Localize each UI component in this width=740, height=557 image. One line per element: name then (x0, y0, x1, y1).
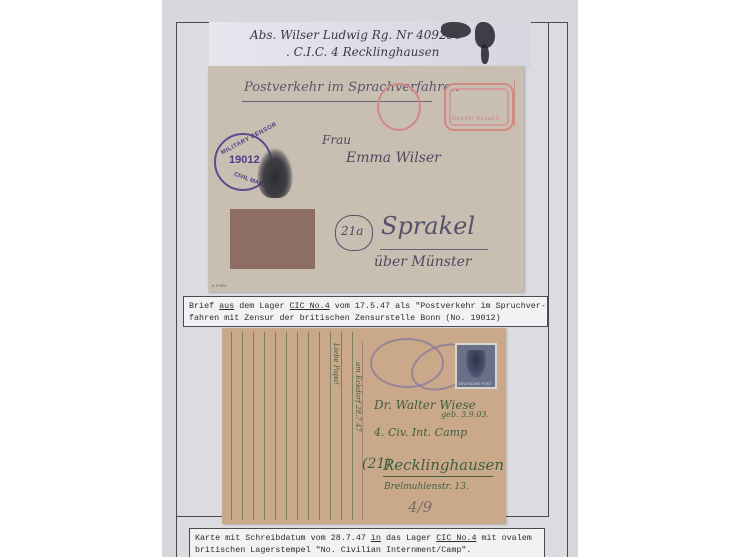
envelope-imprint: II 17020 (212, 283, 226, 288)
postcard-recipient-birth: geb. 3.9.03. (441, 410, 489, 419)
caption-emphasis: in (371, 533, 381, 543)
caption-text: vom 17.5.47 als "Postverkehr im Spruchve… (330, 301, 546, 311)
recipient-name: Emma Wilser (346, 150, 441, 166)
caption-text: das Lager (381, 533, 436, 543)
caption-emphasis: aus (219, 301, 234, 311)
caption-text: mit ovalem (476, 533, 531, 543)
caption-camp-name: CIC No.4 (436, 533, 476, 543)
label-remnant (230, 209, 315, 269)
postcard-recipient-camp: 4. Civ. Int. Camp (374, 426, 467, 439)
caption-text: britischen Lagerstempel "No. Civilian In… (195, 545, 471, 555)
postcard-divider (362, 342, 363, 520)
stamp-portrait (466, 350, 486, 378)
postcard-town-underline (383, 476, 493, 477)
sender-line-1: Abs. Wilser Ludwig Rg. Nr 409296 (250, 28, 462, 42)
censor-stamp-number: 19012 (229, 154, 260, 166)
caption-text: Karte mit Schreibdatum vom 28.7.47 (195, 533, 371, 543)
town-underline (380, 249, 488, 250)
caption-letter: Brief aus dem Lager CIC No.4 vom 17.5.47… (183, 296, 548, 327)
postcard-greeting: Liebe Papa! (332, 343, 340, 385)
postcard-recipient-town: Recklinghausen (383, 456, 504, 474)
stamp-label: DEUTSCHE POST (458, 381, 492, 386)
coat-of-arms-stamp (257, 148, 293, 198)
caption-camp-name: CIC No.4 (290, 301, 330, 311)
pencil-note: 4/9 (408, 498, 432, 516)
ink-smudge (481, 44, 489, 64)
postcard-date-line: am Eckdorf 28.7.47 (354, 362, 362, 432)
meter-line (514, 80, 515, 126)
service-note: Postverkehr im Sprachverfahren (244, 80, 459, 95)
sender-line-2: . C.I.C. 4 Recklinghausen (286, 45, 439, 59)
meter-frank (444, 83, 514, 131)
meter-frank-text: Gebühr bezahlt (452, 116, 500, 122)
caption-text: dem Lager (234, 301, 289, 311)
recipient-postcode: 21a (341, 224, 363, 238)
meter-postmark (377, 83, 421, 131)
postcard-recipient-street: Brelmuhlenstr. 13. (384, 482, 469, 492)
recipient-town: Sprakel (381, 212, 475, 240)
recipient-salutation: Frau (322, 133, 351, 147)
caption-text: Brief (189, 301, 219, 311)
caption-postcard: Karte mit Schreibdatum vom 28.7.47 in da… (189, 528, 545, 557)
caption-text: fahren mit Zensur der britischen Zensurs… (189, 313, 501, 323)
recipient-via: über Münster (374, 254, 472, 270)
